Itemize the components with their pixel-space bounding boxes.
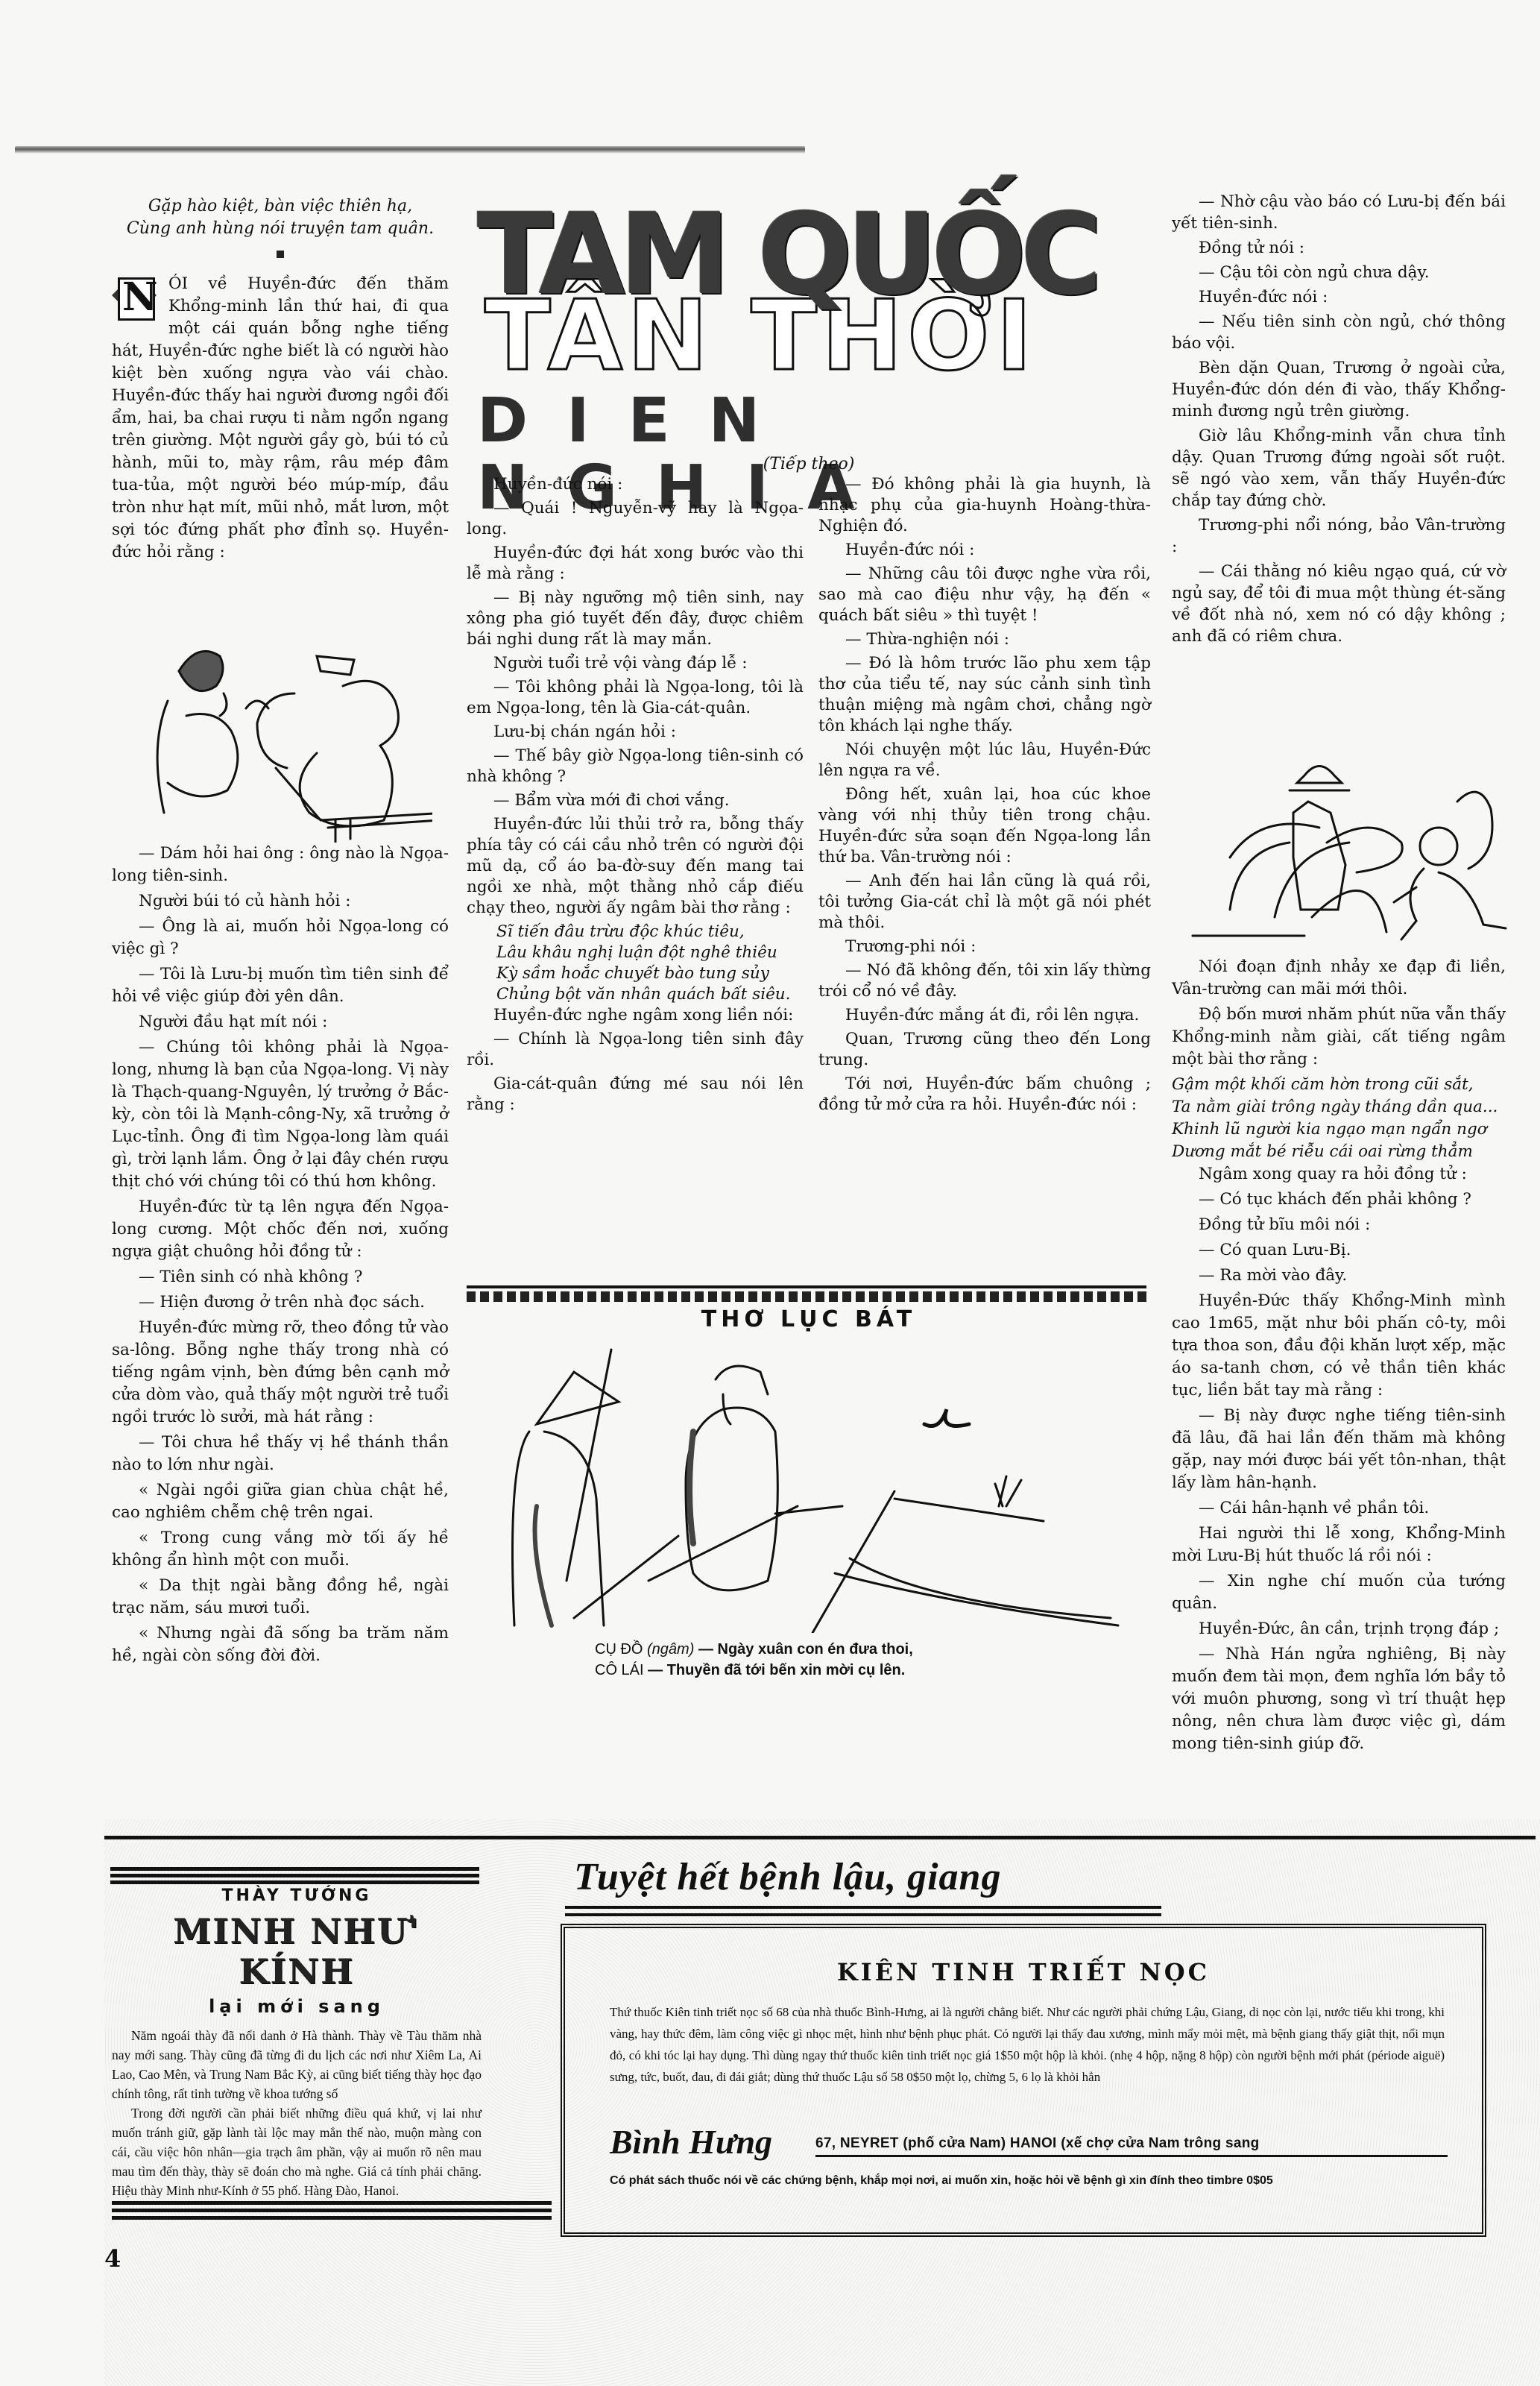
ad-product-name: KIÊN TINH TRIẾT NỌC: [565, 1958, 1482, 1986]
caption-speaker-1: CỤ ĐỒ: [595, 1641, 643, 1658]
ad-headline-underline-1: [565, 1906, 1161, 1909]
ad-fortune-teller: THÀY TƯỚNG MINH NHƯ' KÍNH lại mới sang N…: [112, 1864, 482, 2200]
caption-speaker-2: CÔ LÁI: [595, 1662, 644, 1678]
page-number: 4: [104, 2244, 121, 2273]
caption-verse-1: — Ngày xuân con én đưa thoi,: [698, 1641, 913, 1658]
ad-left-rule-5: [112, 2209, 552, 2212]
column-1-top: Gặp hào kiệt, bàn việc thiên hạ, Cùng an…: [112, 195, 449, 567]
ad-left-rule-6: [112, 2216, 552, 2220]
lead-paragraph: ÓI về Huyền-đức đến thăm Khổng-minh lần …: [112, 273, 449, 564]
poem-2: Gậm một khối căm hờn trong cũi sắt, Ta n…: [1172, 1074, 1506, 1163]
poem-1: Sĩ tiến đâu trừu độc khúc tiêu, Lâu khâu…: [467, 922, 804, 1005]
column-1-bottom: — Dám hỏi hai ông : ông nào là Ngọa-long…: [112, 843, 449, 1670]
ad-kicker: THÀY TƯỚNG: [112, 1886, 482, 1905]
continued-note: (Tiếp theo): [477, 455, 1140, 473]
ad-tagline: lại mới sang: [112, 1996, 482, 2017]
caption-aside: (ngâm): [647, 1641, 694, 1658]
column-4-top: — Nhờ cậu vào báo có Lưu-bị đến bái yết …: [1172, 191, 1506, 650]
dropcap-letter: N: [122, 276, 158, 319]
ad-divider-top: [104, 1836, 1536, 1839]
ad-left-rule-4: [112, 2201, 552, 2205]
ad-footer: Có phát sách thuốc nói về các chứng bệnh…: [610, 2174, 1445, 2188]
column-4-bottom: Nói đoạn định nhảy xe đạp đi liền, Vân-t…: [1172, 956, 1506, 1758]
dropcap-ornament: N: [112, 274, 160, 321]
ad-address: 67, NEYRET (phố cửa Nam) HANOI (xế chợ c…: [815, 2135, 1448, 2157]
title-line-1: TAM QUỐC: [477, 201, 1140, 309]
masthead-title: TÂN THỜI TAM QUỐC DIEN NGHIA (Tiếp theo): [477, 201, 1140, 462]
ad-headline-underline-2: [565, 1913, 1161, 1916]
section-dotted-border: [467, 1291, 1146, 1302]
ad-headline: Tuyệt hết bệnh lậu, giang: [574, 1855, 1001, 1899]
column-2: Huyền-đức nói : — Quái ! Nguyễn-vỹ hay l…: [467, 474, 804, 1118]
caption-verse-2: — Thuyền đã tới bến xin mời cụ lên.: [648, 1662, 905, 1678]
column-3: — Đó không phải là gia huynh, là nhạc ph…: [818, 474, 1151, 1118]
section-title: THƠ LỤC BÁT: [477, 1306, 1140, 1332]
ad-name: MINH NHƯ' KÍNH: [112, 1911, 482, 1992]
newspaper-page: Gặp hào kiệt, bàn việc thiên hạ, Cùng an…: [0, 0, 1540, 2386]
ad-product-body: Thứ thuốc Kiên tinh triết nọc số 68 của …: [610, 2001, 1445, 2088]
illustration-two-men-drinking: [134, 619, 432, 843]
epigraph: Gặp hào kiệt, bàn việc thiên hạ, Cùng an…: [112, 195, 449, 240]
ornament-square: [277, 251, 284, 258]
illustration-man-in-rickshaw: [1185, 731, 1513, 947]
ad-brand: Bình Hưng: [610, 2122, 772, 2162]
section-rule: [467, 1285, 1146, 1288]
ad-medicine-box: KIÊN TINH TRIẾT NỌC Thứ thuốc Kiên tinh …: [561, 1924, 1486, 2237]
illustration-scholar-and-ferrywoman: [477, 1335, 1140, 1633]
ad-body: Năm ngoái thày đã nổi danh ở Hà thành. T…: [112, 2026, 482, 2200]
scan-artifact-rule: [15, 146, 805, 154]
cartoon-caption: CỤ ĐỒ (ngâm) — Ngày xuân con én đưa thoi…: [595, 1639, 913, 1681]
